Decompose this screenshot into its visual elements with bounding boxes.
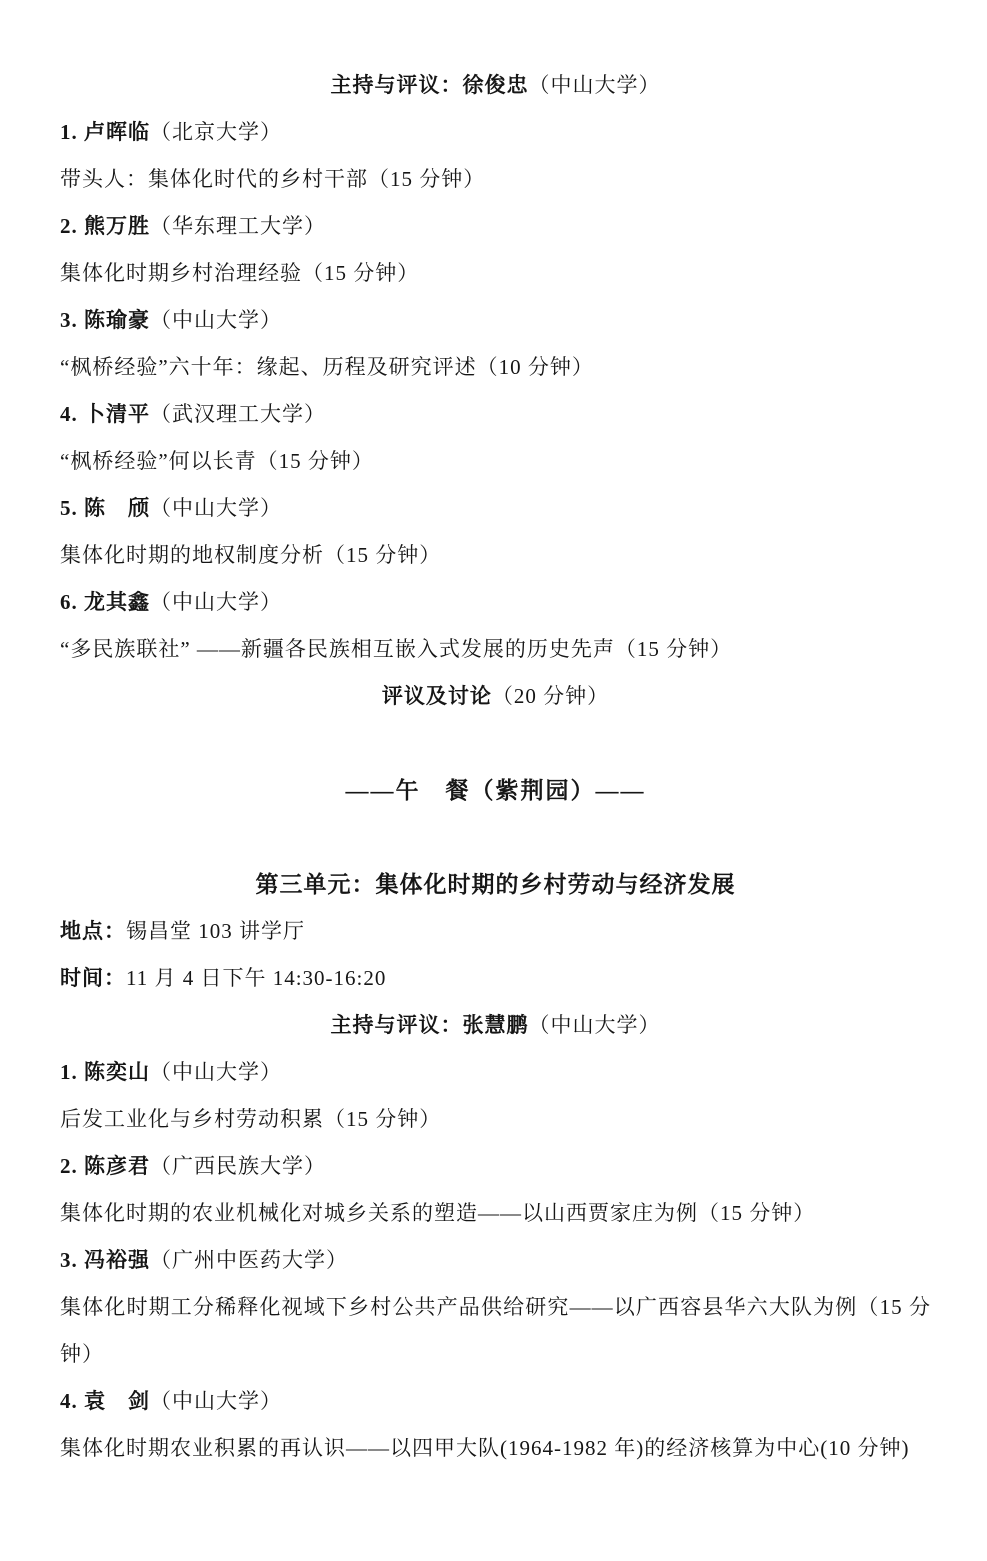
speaker-number-name: 6. 龙其鑫 (60, 590, 150, 614)
conference-program-page: 主持与评议：徐俊忠（中山大学） 1. 卢晖临（北京大学） 带头人：集体化时代的乡… (0, 0, 987, 1561)
talk-title-5: 集体化时期的地权制度分析（15 分钟） (60, 532, 931, 579)
lunch-break-line: ——午 餐（紫荆园）—— (60, 767, 931, 814)
talk-title-1: 带头人：集体化时代的乡村干部（15 分钟） (60, 156, 931, 203)
speaker-line-9: 3. 冯裕强（广州中医药大学） (60, 1237, 931, 1284)
talk-title-2: 集体化时期乡村治理经验（15 分钟） (60, 250, 931, 297)
speaker-number-name: 5. 陈 颀 (60, 496, 150, 520)
speaker-number-name: 2. 熊万胜 (60, 214, 150, 238)
session2-chair-name: 主持与评议：徐俊忠 (331, 73, 529, 97)
session3-chair-affiliation: （中山大学） (529, 1013, 661, 1037)
speaker-affiliation: （北京大学） (150, 120, 282, 144)
speaker-affiliation: （中山大学） (150, 590, 282, 614)
location-label: 地点： (60, 919, 126, 943)
speaker-number-name: 4. 卜清平 (60, 402, 150, 426)
session3-chair-line: 主持与评议：张慧鹏（中山大学） (60, 1002, 931, 1049)
speaker-number-name: 1. 陈奕山 (60, 1060, 150, 1084)
speaker-affiliation: （中山大学） (150, 308, 282, 332)
discussion-label: 评议及讨论 (382, 684, 492, 708)
talk-title-10: 集体化时期农业积累的再认识——以四甲大队(1964-1982 年)的经济核算为中… (60, 1425, 931, 1472)
speaker-line-7: 1. 陈奕山（中山大学） (60, 1049, 931, 1096)
session3-chair-name: 主持与评议：张慧鹏 (331, 1013, 529, 1037)
speaker-line-5: 5. 陈 颀（中山大学） (60, 485, 931, 532)
talk-title-3: “枫桥经验”六十年：缘起、历程及研究评述（10 分钟） (60, 344, 931, 391)
speaker-line-10: 4. 袁 剑（中山大学） (60, 1378, 931, 1425)
time-value: 11 月 4 日下午 14:30-16:20 (126, 966, 386, 990)
talk-title-9: 集体化时期工分稀释化视域下乡村公共产品供给研究——以广西容县华六大队为例（15 … (60, 1284, 931, 1378)
speaker-number-name: 3. 陈瑜豪 (60, 308, 150, 332)
session3-location-line: 地点：锡昌堂 103 讲学厅 (60, 908, 931, 955)
speaker-line-8: 2. 陈彦君（广西民族大学） (60, 1143, 931, 1190)
talk-title-6: “多民族联社” ——新疆各民族相互嵌入式发展的历史先声（15 分钟） (60, 626, 931, 673)
speaker-number-name: 4. 袁 剑 (60, 1389, 150, 1413)
speaker-affiliation: （华东理工大学） (150, 214, 326, 238)
speaker-affiliation: （广西民族大学） (150, 1154, 326, 1178)
talk-title-4: “枫桥经验”何以长青（15 分钟） (60, 438, 931, 485)
time-label: 时间： (60, 966, 126, 990)
speaker-affiliation: （武汉理工大学） (150, 402, 326, 426)
speaker-affiliation: （中山大学） (150, 496, 282, 520)
talk-title-7: 后发工业化与乡村劳动积累（15 分钟） (60, 1096, 931, 1143)
speaker-line-4: 4. 卜清平（武汉理工大学） (60, 391, 931, 438)
speaker-line-1: 1. 卢晖临（北京大学） (60, 109, 931, 156)
speaker-affiliation: （中山大学） (150, 1060, 282, 1084)
discussion-duration: （20 分钟） (492, 684, 609, 708)
speaker-affiliation: （中山大学） (150, 1389, 282, 1413)
session3-time-line: 时间：11 月 4 日下午 14:30-16:20 (60, 955, 931, 1002)
location-value: 锡昌堂 103 讲学厅 (126, 919, 305, 943)
speaker-number-name: 1. 卢晖临 (60, 120, 150, 144)
speaker-line-2: 2. 熊万胜（华东理工大学） (60, 203, 931, 250)
speaker-affiliation: （广州中医药大学） (150, 1248, 348, 1272)
discussion-line: 评议及讨论（20 分钟） (60, 673, 931, 720)
speaker-line-3: 3. 陈瑜豪（中山大学） (60, 297, 931, 344)
session2-chair-line: 主持与评议：徐俊忠（中山大学） (60, 62, 931, 109)
speaker-number-name: 3. 冯裕强 (60, 1248, 150, 1272)
talk-title-8: 集体化时期的农业机械化对城乡关系的塑造——以山西贾家庄为例（15 分钟） (60, 1190, 931, 1237)
session3-title: 第三单元：集体化时期的乡村劳动与经济发展 (60, 861, 931, 908)
speaker-number-name: 2. 陈彦君 (60, 1154, 150, 1178)
session2-chair-affiliation: （中山大学） (529, 73, 661, 97)
speaker-line-6: 6. 龙其鑫（中山大学） (60, 579, 931, 626)
